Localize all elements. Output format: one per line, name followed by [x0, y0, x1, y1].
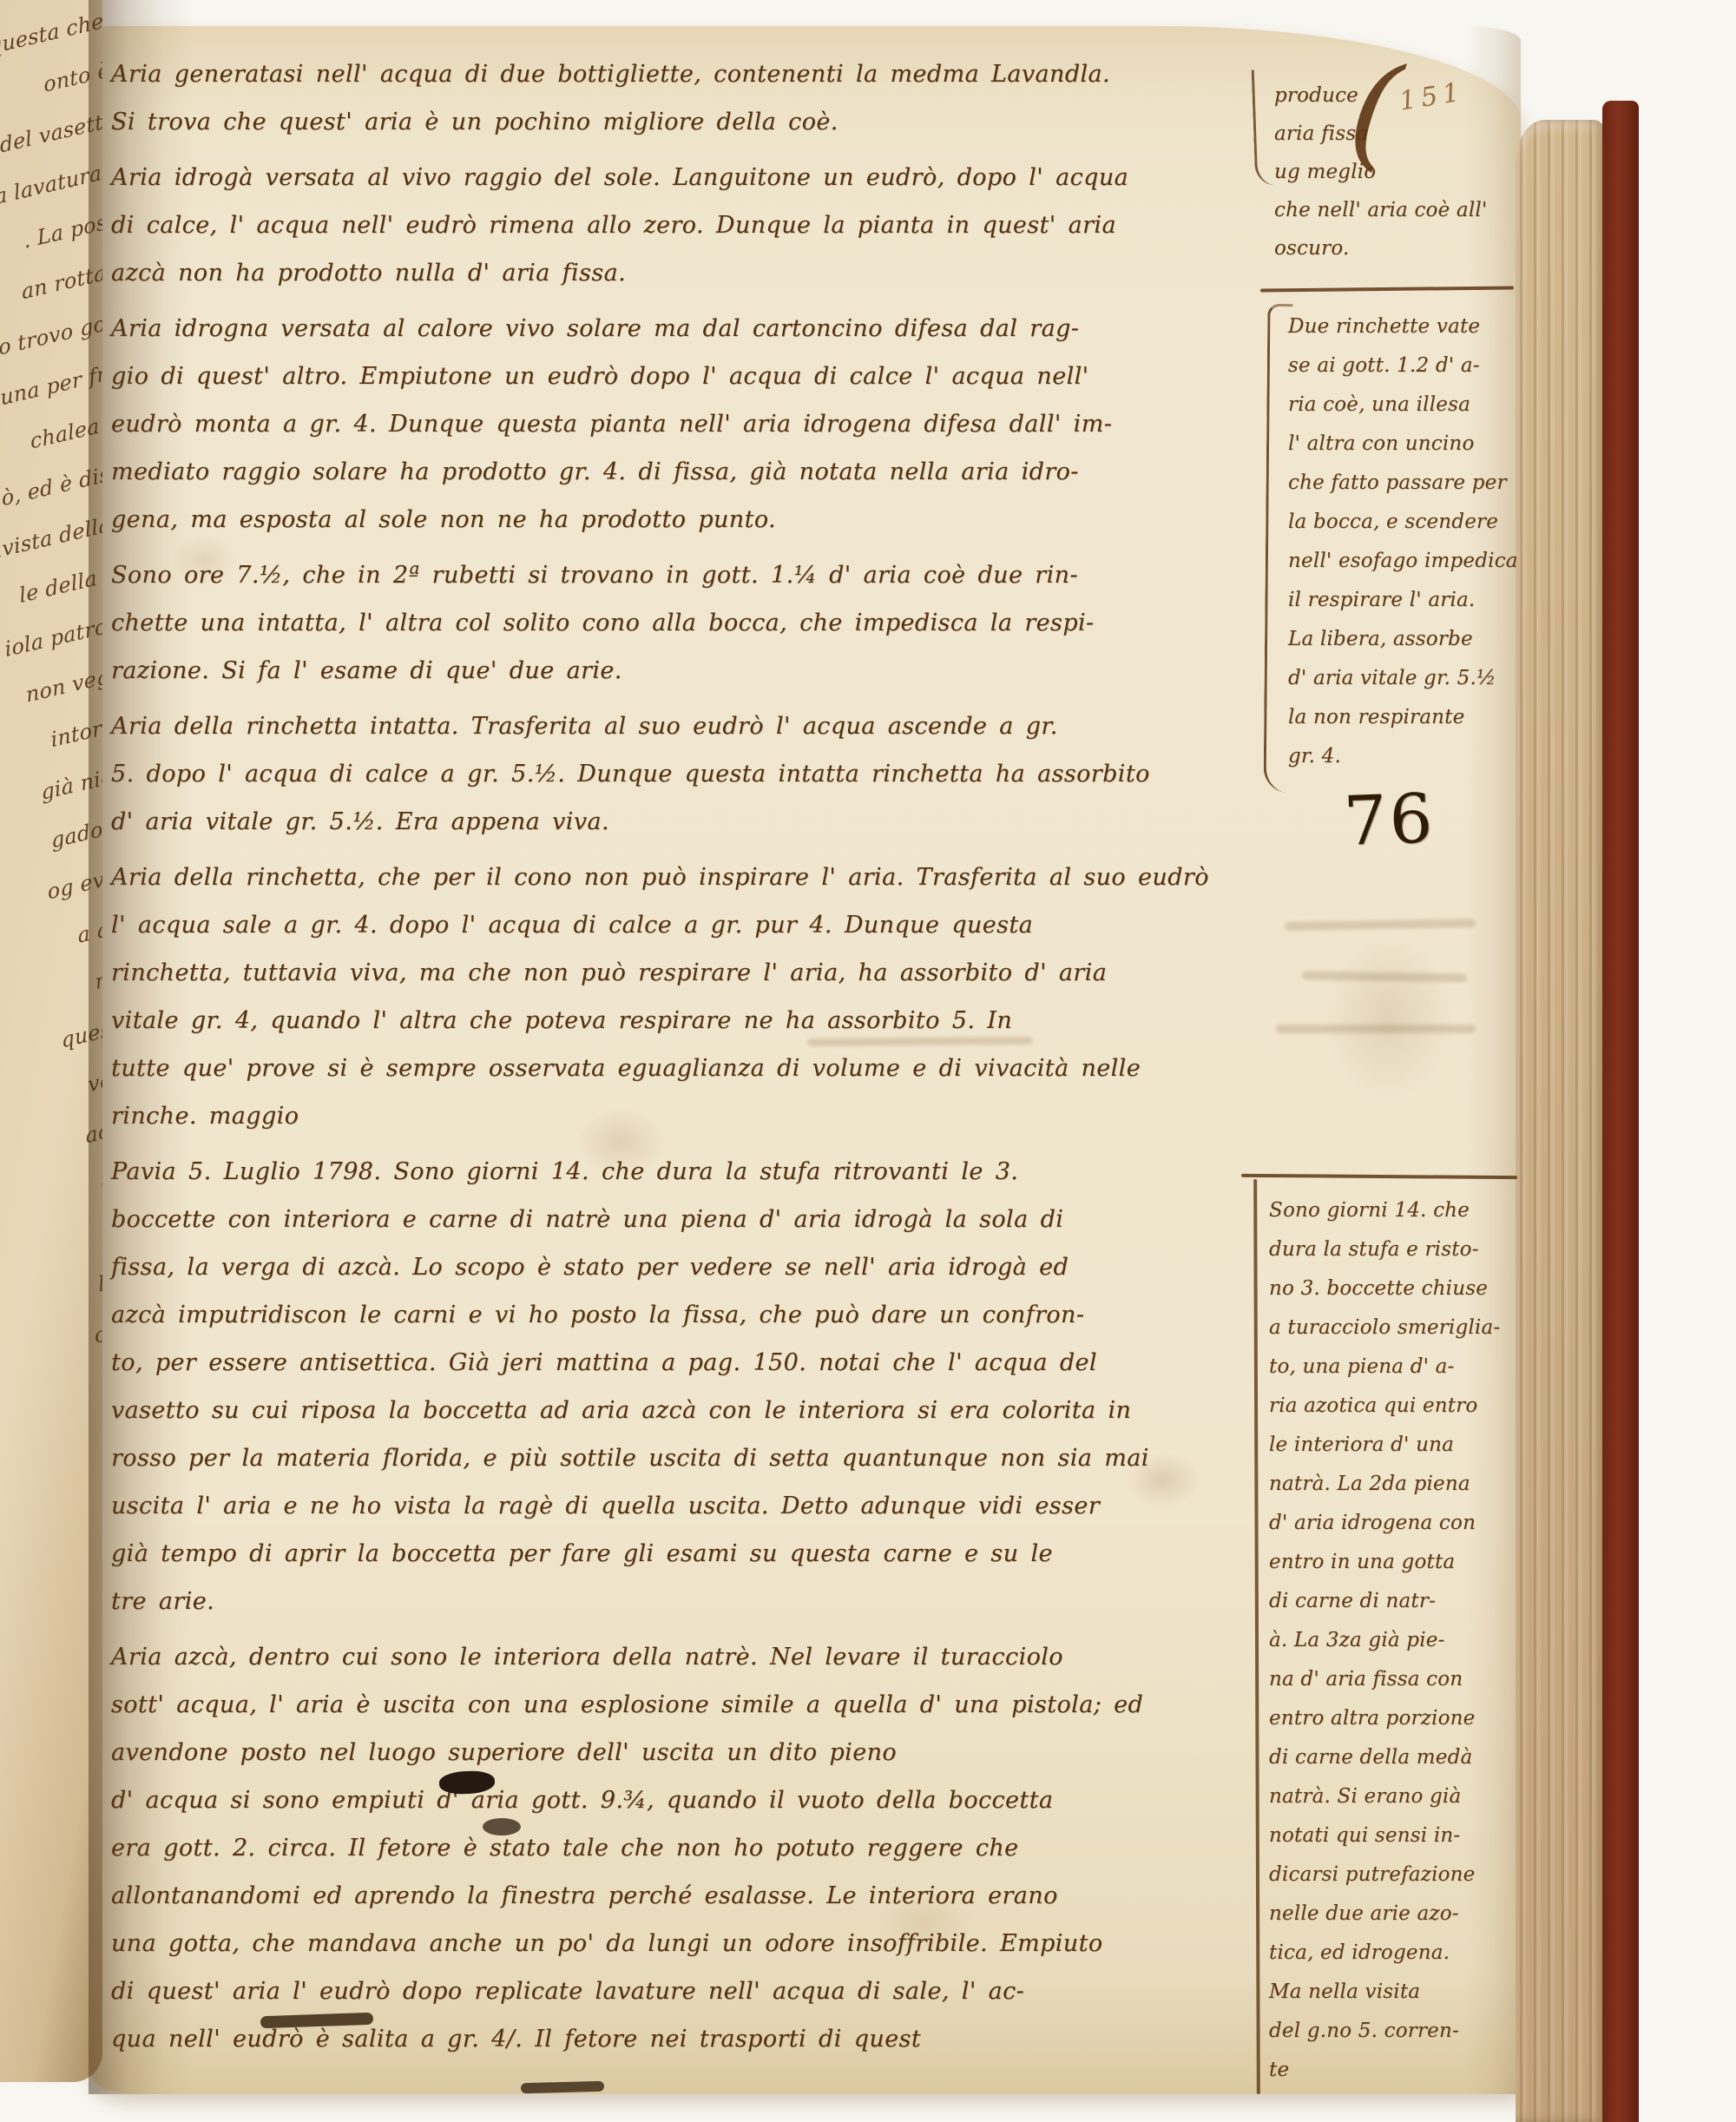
ink-blot	[483, 1818, 521, 1835]
manuscript-line: chette una intatta, l' altra col solito …	[111, 599, 1255, 647]
margin-note-line: le interiora d' una	[1269, 1426, 1512, 1465]
margin-note-line: te	[1269, 2051, 1512, 2090]
manuscript-line: l' acqua sale a gr. 4. dopo l' acqua di …	[111, 901, 1255, 949]
manuscript-line: Si trova che quest' aria è un pochino mi…	[111, 98, 1255, 146]
margin-note-line: La libera, assorbe	[1288, 620, 1512, 659]
margin-note-line: notati qui sensi in-	[1269, 1816, 1512, 1855]
margin-note-line: se ai gott. 1.2 d' a-	[1288, 346, 1512, 386]
paragraph: Sono ore 7.½, che in 2ª rubetti si trova…	[111, 551, 1255, 695]
margin-note-line: entro altra porzione	[1269, 1699, 1512, 1738]
margin-note-line: di carne di natr-	[1269, 1582, 1512, 1621]
manuscript-line: razione. Si fa l' esame di que' due arie…	[111, 647, 1255, 695]
margin-note-line: na d' aria fissa con	[1269, 1660, 1512, 1699]
manuscript-line: mediato raggio solare ha prodotto gr. 4.…	[111, 448, 1255, 496]
margin-note-line: Due rinchette vate	[1288, 307, 1512, 346]
margin-note-line: to, una piena d' a-	[1269, 1348, 1512, 1387]
manuscript-line: Aria idrogà versata al vivo raggio del s…	[111, 154, 1255, 201]
margin-note-divider-curve	[1252, 69, 1278, 187]
margin-note-line: Sono giorni 14. che	[1269, 1191, 1512, 1230]
paragraph: Aria della rinchetta, che per il cono no…	[111, 853, 1255, 1140]
manuscript-line: Sono ore 7.½, che in 2ª rubetti si trova…	[111, 551, 1255, 599]
margin-note-line: nelle due arie azo-	[1269, 1895, 1512, 1934]
paragraph: Aria della rinchetta intatta. Trasferita…	[111, 702, 1255, 846]
margin-note-line: dura la stufa e risto-	[1269, 1230, 1512, 1269]
manuscript-line: 5. dopo l' acqua di calce a gr. 5.½. Dun…	[111, 750, 1255, 798]
manuscript-line: d' aria vitale gr. 5.½. Era appena viva.	[111, 798, 1255, 846]
paragraph: Aria azcà, dentro cui sono le interiora …	[111, 1633, 1255, 2063]
margin-note-line: la bocca, e scendere	[1288, 503, 1512, 542]
manuscript-line: era gott. 2. circa. Il fetore è stato ta…	[111, 1824, 1255, 1872]
manuscript-line: eudrò monta a gr. 4. Dunque questa piant…	[111, 400, 1255, 448]
previous-page-edge: questa cheonto èdel vasettola lavatura b…	[0, 0, 102, 2082]
paragraph: Aria idrogna versata al calore vivo sola…	[111, 305, 1255, 544]
margin-note-line: Ma nella visita	[1269, 1973, 1512, 2012]
margin-note-line: dicarsi putrefazione	[1269, 1855, 1512, 1895]
page-number: 76	[1342, 780, 1436, 861]
main-text-column: Aria generatasi nell' acqua di due botti…	[111, 50, 1255, 2063]
manuscript-line: gio di quest' altro. Empiutone un eudrò …	[111, 353, 1255, 400]
manuscript-line: fissa, la verga di azcà. Lo scopo è stat…	[111, 1243, 1255, 1291]
manuscript-line: sott' acqua, l' aria è uscita con una es…	[111, 1681, 1255, 1729]
margin-note-line: d' aria idrogena con	[1269, 1504, 1512, 1543]
previous-page-text: questa cheonto èdel vasettola lavatura b…	[0, 0, 102, 1954]
ink-cancellation	[521, 2081, 604, 2094]
margin-note-line: ria azotica qui entro	[1269, 1387, 1512, 1426]
manuscript-line: Aria della rinchetta intatta. Trasferita…	[111, 702, 1255, 750]
margin-note-line: no 3. boccette chiuse	[1269, 1269, 1512, 1308]
margin-note-line: natrà. La 2da piena	[1269, 1465, 1512, 1504]
margin-note-line: a turacciolo smeriglia-	[1269, 1308, 1512, 1348]
manuscript-line: tre arie.	[111, 1578, 1255, 1625]
manuscript-line: di calce, l' acqua nell' eudrò rimena al…	[111, 201, 1255, 249]
margin-note-2: Due rinchette vatese ai gott. 1.2 d' a-r…	[1288, 307, 1512, 776]
manuscript-line: avendone posto nel luogo superiore dell'…	[111, 1729, 1255, 1776]
margin-note-line: nell' esofago impedica	[1288, 542, 1512, 581]
manuscript-line: boccette con interiora e carne di natrè …	[111, 1196, 1255, 1243]
manuscript-line: allontanandomi ed aprendo la finestra pe…	[111, 1872, 1255, 1920]
manuscript-line: Aria idrogna versata al calore vivo sola…	[111, 305, 1255, 353]
manuscript-line: Aria della rinchetta, che per il cono no…	[111, 853, 1255, 901]
margin-note-line: di carne della medà	[1269, 1738, 1512, 1777]
margin-note-line: tica, ed idrogena.	[1269, 1934, 1512, 1973]
margin-note-line: natrà. Si erano già	[1269, 1777, 1512, 1816]
margin-note-line: del g.no 5. corren-	[1269, 2012, 1512, 2051]
manuscript-line: d' acqua si sono empiuti d' aria gott. 9…	[111, 1776, 1255, 1824]
manuscript-line: uscita l' aria e ne ho vista la ragè di …	[111, 1482, 1255, 1530]
manuscript-line: una gotta, che mandava anche un po' da l…	[111, 1920, 1255, 1967]
manuscript-line: già tempo di aprir la boccetta per fare …	[111, 1530, 1255, 1578]
margin-note-line: d' aria vitale gr. 5.½	[1288, 659, 1512, 698]
manuscript-line: Aria generatasi nell' acqua di due botti…	[111, 50, 1255, 98]
margin-note-line: oscuro.	[1274, 229, 1510, 267]
margin-note-line: gr. 4.	[1288, 737, 1512, 776]
manuscript-line: tutte que' prove si è sempre osservata e…	[111, 1045, 1255, 1092]
margin-note-line: che nell' aria coè all'	[1274, 191, 1510, 229]
margin-note-line: à. La 3za già pie-	[1269, 1621, 1512, 1660]
manuscript-line: Pavia 5. Luglio 1798. Sono giorni 14. ch…	[111, 1148, 1255, 1196]
margin-note-line: il respirare l' aria.	[1288, 581, 1512, 620]
margin-note-line: l' altra con uncino	[1288, 425, 1512, 464]
book-cover-edge	[1602, 101, 1639, 2122]
page-stack-edge	[1516, 120, 1606, 2122]
manuscript-line: rinchetta, tuttavia viva, ma che non può…	[111, 949, 1255, 997]
margin-note-3: Sono giorni 14. chedura la stufa e risto…	[1269, 1191, 1512, 2090]
manuscript-line: gena, ma esposta al sole non ne ha prodo…	[111, 496, 1255, 544]
paragraph-dated-entry: Pavia 5. Luglio 1798. Sono giorni 14. ch…	[111, 1148, 1255, 1625]
manuscript-line: rosso per la materia florida, e più sott…	[111, 1434, 1255, 1482]
manuscript-line: Aria azcà, dentro cui sono le interiora …	[111, 1633, 1255, 1681]
margin-note-line: ria coè, una illesa	[1288, 386, 1512, 425]
manuscript-line: azcà imputridiscon le carni e vi ho post…	[111, 1291, 1255, 1339]
margin-note-line: che fatto passare per	[1288, 464, 1512, 503]
margin-note-line: entro in una gotta	[1269, 1543, 1512, 1582]
manuscript-line: vasetto su cui riposa la boccetta ad ari…	[111, 1387, 1255, 1434]
margin-note-line: la non respirante	[1288, 698, 1512, 737]
paragraph: Aria idrogà versata al vivo raggio del s…	[111, 154, 1255, 297]
manuscript-line: to, per essere antisettica. Già jeri mat…	[111, 1339, 1255, 1387]
manuscript-line: vitale gr. 4, quando l' altra che poteva…	[111, 997, 1255, 1045]
manuscript-line: rinche. maggio	[111, 1092, 1255, 1140]
paragraph: Aria generatasi nell' acqua di due botti…	[111, 50, 1255, 146]
manuscript-line: di quest' aria l' eudrò dopo replicate l…	[111, 1967, 1255, 2015]
manuscript-line: azcà non ha prodotto nulla d' aria fissa…	[111, 249, 1255, 297]
